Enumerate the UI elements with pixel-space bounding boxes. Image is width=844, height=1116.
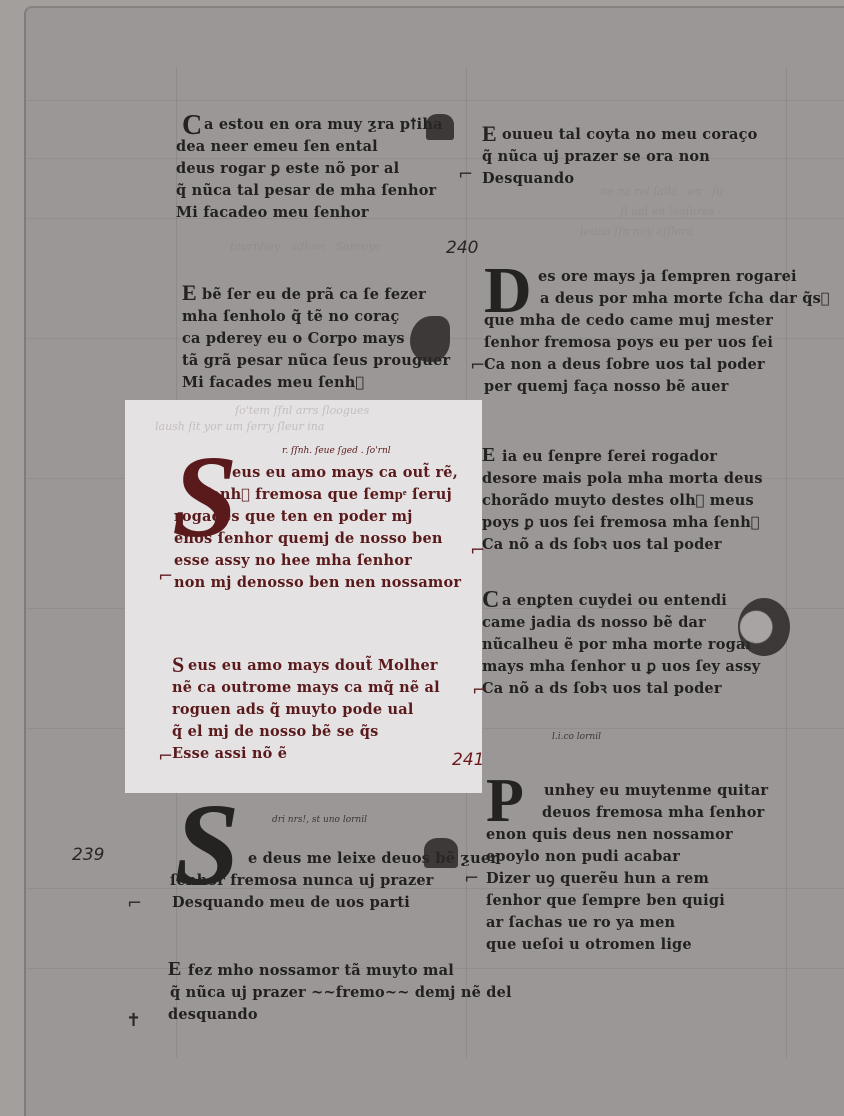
verse-line: mha ſenholo q̃ tẽ no coraç <box>182 306 450 328</box>
initial-letter: E <box>482 445 495 465</box>
initial-letter-s-large: S <box>172 438 238 556</box>
verse-line: roguen ads q̃ muyto pode ual <box>172 699 440 721</box>
verse-line: mays mha ſenhor u ꝑ uos ſey assy <box>482 656 760 678</box>
verse-line: que mha de cedo came muj mester <box>484 310 830 332</box>
verse-line: bẽ ſer eu de prã ca ſe fezer <box>182 284 450 306</box>
paragraph-mark: ⌐ <box>470 540 485 561</box>
rubric-note: l.i.co lornil <box>552 732 601 742</box>
verse-line: nẽ ca outrome mays ca mq̃ nẽ al <box>172 677 440 699</box>
initial-letter: C <box>482 588 499 612</box>
decorated-o-initial <box>738 598 790 656</box>
right-stanza-1: E ouueu tal coyta no meu coraço q̃ nũca … <box>482 124 758 190</box>
folio-number-241: 241 <box>452 750 484 770</box>
verse-line: q̃ nũca uj prazer ~~fremo~~ demj nẽ del <box>168 982 512 1004</box>
paragraph-mark: ⌐ <box>472 680 487 701</box>
right-stanza-5: P unhey eu muytenme quitar deuos fremosa… <box>486 780 768 956</box>
initial-letter: S <box>172 654 184 676</box>
verse-line: Ca nõ a ds ſobꝛ uos tal poder <box>482 534 763 556</box>
verse-line: ouueu tal coyta no meu coraço <box>482 124 758 146</box>
paragraph-mark: ⌐ <box>158 746 173 767</box>
verse-line: ſenhor fremosa poys eu per uos ſei <box>484 332 830 354</box>
paragraph-mark: ⌐ <box>470 355 485 376</box>
verse-line: came jadia ds nosso bẽ dar <box>482 612 760 634</box>
verse-line: Esse assi nõ ẽ <box>172 743 440 765</box>
decorated-m-initial <box>426 114 454 140</box>
folio-number-239: 239 <box>72 845 104 865</box>
initial-letter: E <box>182 282 197 304</box>
verse-line: Ca nõ a ds ſobꝛ uos tal poder <box>482 678 760 700</box>
decorated-e-initial <box>410 316 450 362</box>
verse-line: unhey eu muytenme quitar <box>486 780 768 802</box>
verse-line: q̃ el mj de nosso bẽ se q̃s <box>172 721 440 743</box>
left-stanza-4: E fez mho nossamor tã muyto mal q̃ nũca … <box>168 960 512 1026</box>
highlight-stanza-1: S eus eu amo mays ca out̃ rẽ, ſenhᷓ frem… <box>170 462 461 594</box>
verse-line: Mi facades meu ſenhᷓ <box>182 372 450 394</box>
verse-line: Mi facadeo meu ſenhor <box>176 202 443 224</box>
verse-line: desore mais pola mha morta deus <box>482 468 763 490</box>
paragraph-mark: ⌐ <box>158 566 173 587</box>
verse-line: non mj denosso ben nen nossamor <box>170 572 461 594</box>
rubric-note: dri nrs!, st uno lornil <box>272 815 367 825</box>
verse-line: es ore mays ja ſempren rogarei <box>484 266 830 288</box>
verse-line: ar ſachas ue ro ya men <box>486 912 768 934</box>
verse-line: epoylo non pudi acabar <box>486 846 768 868</box>
verse-line: q̃ nũca tal pesar de mha ſenhor <box>176 180 443 202</box>
verse-line: Dizer uꝯ querẽu hun a rem <box>486 868 768 890</box>
verse-line: a estou en ora muy ƺra pꝉiha <box>176 114 443 136</box>
paragraph-mark: ✝ <box>126 1010 141 1031</box>
paragraph-mark: ⌐ <box>127 893 142 914</box>
verse-line: desquando <box>168 1004 512 1026</box>
initial-letter-d-large: D <box>484 258 532 324</box>
highlight-stanza-2: S eus eu amo mays dout̃ Molher nẽ ca out… <box>172 655 440 765</box>
rubric-note: r. ſſnh. ſeue ſged . ſo'rnl <box>282 446 391 456</box>
right-stanza-3: E ia eu ſenpre ſerei rogador desore mais… <box>482 446 763 556</box>
initial-letter: E <box>482 123 497 145</box>
verse-line: per quemj faça nosso bẽ auer <box>484 376 830 398</box>
verse-line: fez mho nossamor tã muyto mal <box>168 960 512 982</box>
verse-line: Desquando <box>482 168 758 190</box>
verse-line: ſenhor que ſempre ben quigi <box>486 890 768 912</box>
verse-line: poys ꝑ uos ſei fremosa mha ſenhᷓ <box>482 512 763 534</box>
initial-letter: C <box>182 112 202 140</box>
verse-line: q̃ nũca uj prazer se ora non <box>482 146 758 168</box>
verse-line: Ca non a deus ſobre uos tal poder <box>484 354 830 376</box>
verse-line: a enꝑten cuydei ou entendi <box>482 590 760 612</box>
verse-line: enon quis deus nen nossamor <box>486 824 768 846</box>
verse-line: ia eu ſenpre ſerei rogador <box>482 446 763 468</box>
initial-letter-p-large: P <box>486 770 524 832</box>
folio-number-240: 240 <box>446 238 478 258</box>
decorated-m-initial <box>424 838 458 868</box>
verse-line: dea neer emeu ſen ental <box>176 136 443 158</box>
initial-letter-s-large: S <box>174 786 240 904</box>
verse-line: tã grã pesar nũca ſeus prouguer <box>182 350 450 372</box>
verse-line: deuos fremosa mha ſenhor <box>486 802 768 824</box>
verse-line: nũcalheu ẽ por mha morte rogar <box>482 634 760 656</box>
right-stanza-2: D es ore mays ja ſempren rogarei a deus … <box>484 266 830 398</box>
verse-line: chorãdo muyto destes olhᷓ meus <box>482 490 763 512</box>
right-stanza-4: C a enꝑten cuydei ou entendi came jadia … <box>482 590 760 700</box>
verse-line: deus rogar ꝑ este nõ por al <box>176 158 443 180</box>
left-stanza-1: C a estou en ora muy ƺra pꝉiha dea neer … <box>176 114 443 224</box>
verse-line: a deus por mha morte ſcha dar q̃sᷓ <box>484 288 830 310</box>
paragraph-mark: ⌐ <box>458 164 473 185</box>
verse-line: que ueſoi u otromen lige <box>486 934 768 956</box>
initial-letter: E <box>168 959 181 979</box>
verse-line: eus eu amo mays dout̃ Molher <box>172 655 440 677</box>
paragraph-mark: ⌐ <box>464 868 479 889</box>
